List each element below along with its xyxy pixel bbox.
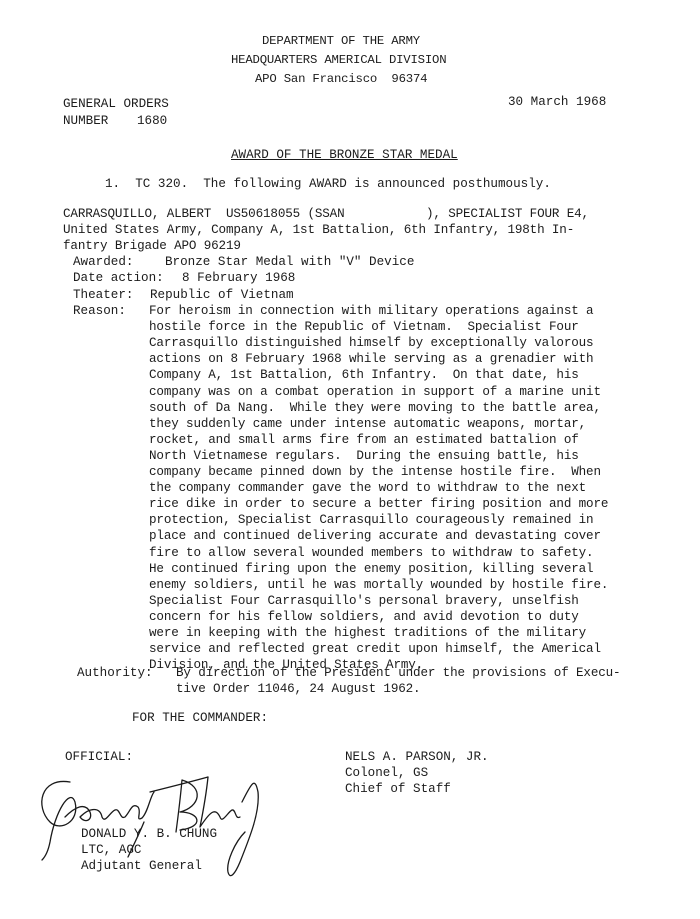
reason-line: concern for his fellow soldiers, and avi… <box>149 609 579 625</box>
reason-line: He continued firing upon the enemy posit… <box>149 561 593 577</box>
reason-line: company became pinned down by the intens… <box>149 464 601 480</box>
orders-number: 1680 <box>137 113 167 129</box>
official-signer-rank: LTC, AGC <box>81 842 141 858</box>
letterhead-headquarters: HEADQUARTERS AMERICAL DIVISION <box>231 51 446 71</box>
date-action-value: 8 February 1968 <box>182 270 295 286</box>
reason-line: enemy soldiers, until he was mortally wo… <box>149 577 608 593</box>
paragraph-1: 1. TC 320. The following AWARD is announ… <box>105 176 551 192</box>
reason-line: Company A, 1st Battalion, 6th Infantry. … <box>149 367 579 383</box>
authority-line: tive Order 11046, 24 August 1962. <box>176 681 420 697</box>
orders-number-label: NUMBER <box>63 113 108 129</box>
official-signer-title: Adjutant General <box>81 858 202 874</box>
orders-date: 30 March 1968 <box>508 94 606 110</box>
reason-line: rocket, and small arms fire from an esti… <box>149 432 579 448</box>
general-orders-label: GENERAL ORDERS <box>63 96 169 112</box>
reason-line: company was on a combat operation in sup… <box>149 384 601 400</box>
reason-line: were in keeping with the highest traditi… <box>149 625 586 641</box>
awarded-value: Bronze Star Medal with "V" Device <box>165 254 414 270</box>
recipient-line: fantry Brigade APO 96219 <box>63 238 241 254</box>
theater-label: Theater: <box>73 287 133 303</box>
reason-line: the company commander gave the word to w… <box>149 480 586 496</box>
reason-line: place and continued delivering accurate … <box>149 528 601 544</box>
reason-line: protection, Specialist Carrasquillo cour… <box>149 512 593 528</box>
letterhead-apo: APO San Francisco 96374 <box>255 70 427 90</box>
recipient-line: United States Army, Company A, 1st Batta… <box>63 222 574 238</box>
commander-signer-rank: Colonel, GS <box>345 765 428 781</box>
award-title: AWARD OF THE BRONZE STAR MEDAL <box>231 147 458 163</box>
general-orders-document: DEPARTMENT OF THE ARMY HEADQUARTERS AMER… <box>0 0 700 919</box>
reason-line: actions on 8 February 1968 while serving… <box>149 351 593 367</box>
commander-signer-name: NELS A. PARSON, JR. <box>345 749 489 765</box>
reason-line: fire to allow several wounded members to… <box>149 545 593 561</box>
reason-line: Carrasquillo distinguished himself by ex… <box>149 335 593 351</box>
for-the-commander: FOR THE COMMANDER: <box>132 710 268 726</box>
reason-line: they suddenly came under intense automat… <box>149 416 586 432</box>
theater-value: Republic of Vietnam <box>150 287 294 303</box>
authority-line: By direction of the President under the … <box>176 665 620 681</box>
reason-line: Specialist Four Carrasquillo's personal … <box>149 593 579 609</box>
recipient-line: CARRASQUILLO, ALBERT US50618055 (SSAN ),… <box>63 206 589 222</box>
awarded-label: Awarded: <box>73 254 133 270</box>
reason-label: Reason: <box>73 303 126 319</box>
reason-line: rice dike in order to secure a better fi… <box>149 496 608 512</box>
letterhead-department: DEPARTMENT OF THE ARMY <box>262 32 420 52</box>
authority-label: Authority: <box>77 665 153 681</box>
reason-line: North Vietnamese regulars. During the en… <box>149 448 579 464</box>
reason-line: service and reflected great credit upon … <box>149 641 601 657</box>
reason-line: south of Da Nang. While they were moving… <box>149 400 601 416</box>
reason-line: hostile force in the Republic of Vietnam… <box>149 319 579 335</box>
official-signer-name: DONALD Y. B. CHUNG <box>81 826 217 842</box>
commander-signer-title: Chief of Staff <box>345 781 451 797</box>
reason-line: For heroism in connection with military … <box>149 303 593 319</box>
date-action-label: Date action: <box>73 270 164 286</box>
